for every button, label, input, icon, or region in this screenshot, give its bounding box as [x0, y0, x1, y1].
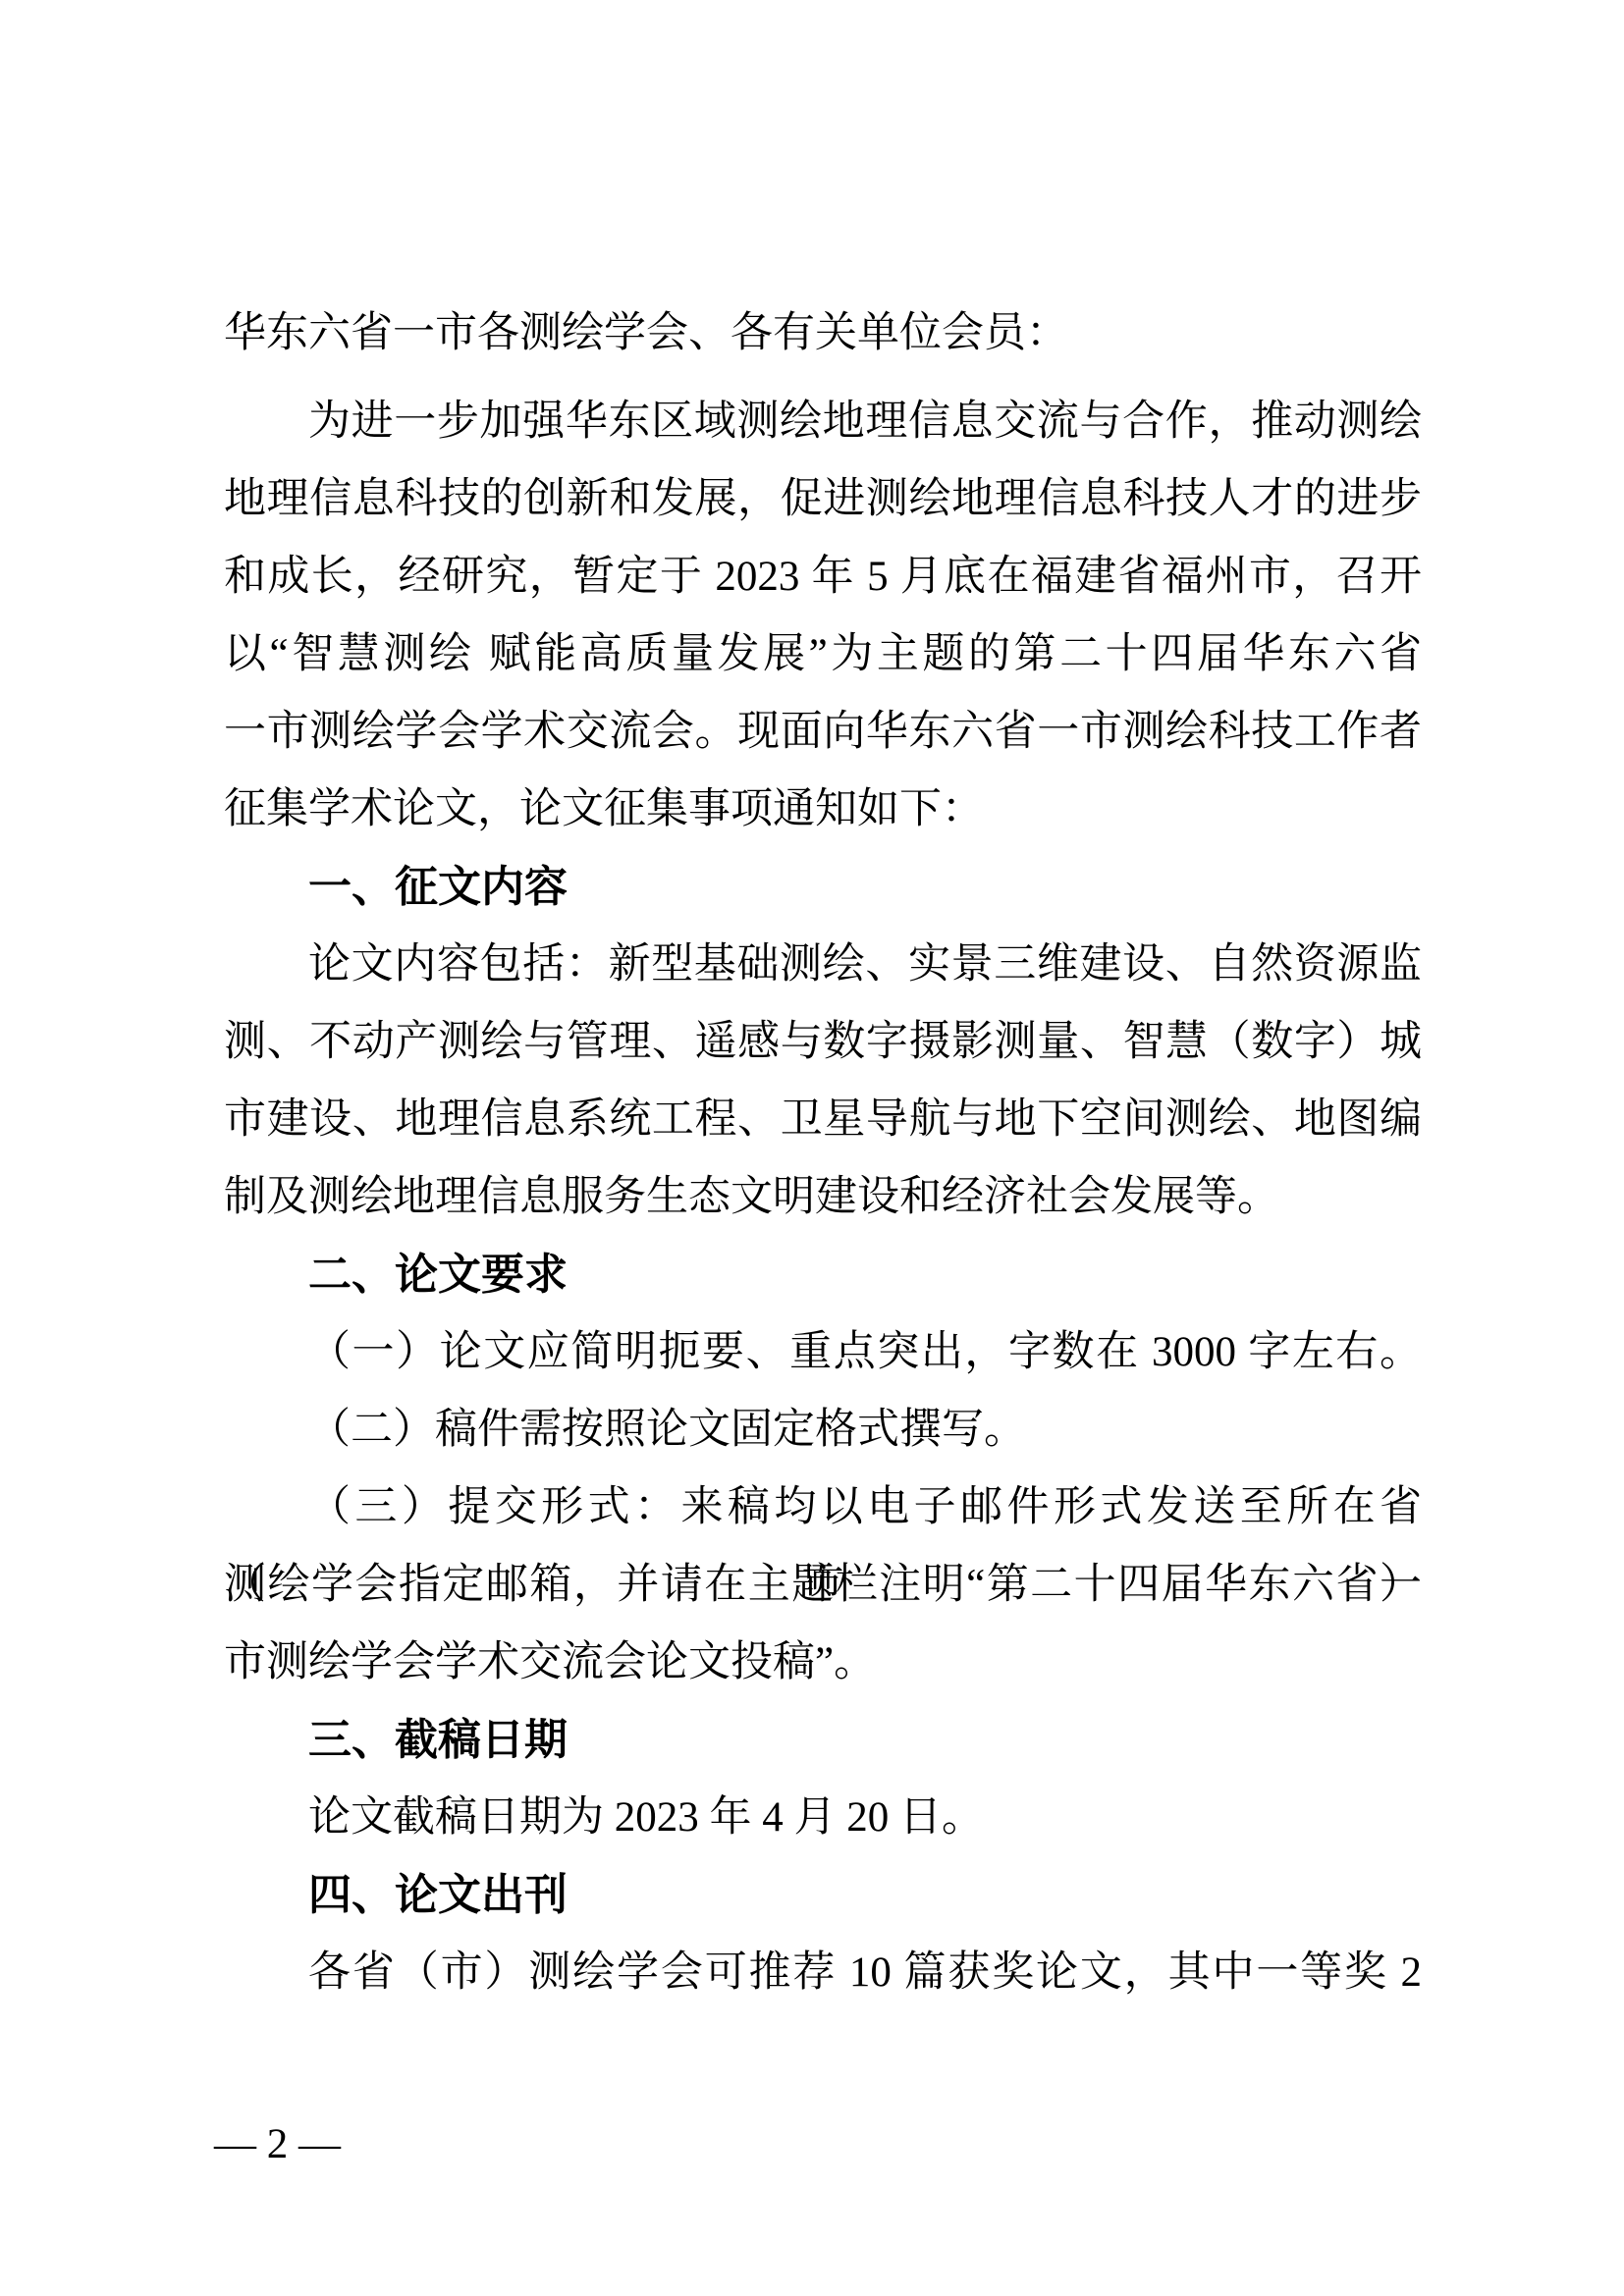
- intro-paragraph-line: 为进一步加强华东区域测绘地理信息交流与合作，推动测绘: [224, 383, 1422, 460]
- intro-paragraph-line: 地理信息科技的创新和发展，促进测绘地理信息科技人才的进步: [224, 460, 1422, 538]
- section2-item-3-line: 市测绘学会学术交流会论文投稿”。: [224, 1624, 1422, 1701]
- section4-paragraph-line: 各省（市）测绘学会可推荐 10 篇获奖论文，其中一等奖 2: [224, 1934, 1422, 2011]
- document-body: 华东六省一市各测绘学会、各有关单位会员： 为进一步加强华东区域测绘地理信息交流与…: [224, 294, 1422, 2011]
- section-heading-3: 三、截稿日期: [224, 1701, 1422, 1779]
- document-page: 华东六省一市各测绘学会、各有关单位会员： 为进一步加强华东区域测绘地理信息交流与…: [0, 0, 1624, 2296]
- section2-item-3-line: （三）提交形式：来稿均以电子邮件形式发送至所在省（市）: [224, 1468, 1422, 1546]
- intro-paragraph-line: 以“智慧测绘 赋能高质量发展”为主题的第二十四届华东六省: [224, 615, 1422, 693]
- section1-paragraph-line: 制及测绘地理信息服务生态文明建设和经济社会发展等。: [224, 1158, 1422, 1236]
- section-heading-2: 二、论文要求: [224, 1236, 1422, 1313]
- section2-item-2-line: （二）稿件需按照论文固定格式撰写。: [224, 1391, 1422, 1468]
- page-footer: — 2 —: [214, 2106, 341, 2183]
- section1-paragraph-line: 市建设、地理信息系统工程、卫星导航与地下空间测绘、地图编: [224, 1081, 1422, 1158]
- page-number: — 2 —: [214, 2121, 341, 2167]
- section2-item-3-line: 测绘学会指定邮箱，并请在主题栏注明“第二十四届华东六省一: [224, 1546, 1422, 1624]
- intro-paragraph-line: 征集学术论文，论文征集事项通知如下：: [224, 771, 1422, 848]
- intro-paragraph-line: 和成长，经研究，暂定于 2023 年 5 月底在福建省福州市，召开: [224, 538, 1422, 615]
- section1-paragraph-line: 论文内容包括：新型基础测绘、实景三维建设、自然资源监: [224, 926, 1422, 1003]
- section3-paragraph-line: 论文截稿日期为 2023 年 4 月 20 日。: [224, 1779, 1422, 1856]
- salutation-line: 华东六省一市各测绘学会、各有关单位会员：: [224, 294, 1422, 372]
- section-heading-4: 四、论文出刊: [224, 1856, 1422, 1934]
- section2-item-1-line: （一）论文应简明扼要、重点突出，字数在 3000 字左右。: [224, 1313, 1422, 1391]
- section1-paragraph-line: 测、不动产测绘与管理、遥感与数字摄影测量、智慧（数字）城: [224, 1003, 1422, 1081]
- section-heading-1: 一、征文内容: [224, 848, 1422, 926]
- intro-paragraph-line: 一市测绘学会学术交流会。现面向华东六省一市测绘科技工作者: [224, 693, 1422, 771]
